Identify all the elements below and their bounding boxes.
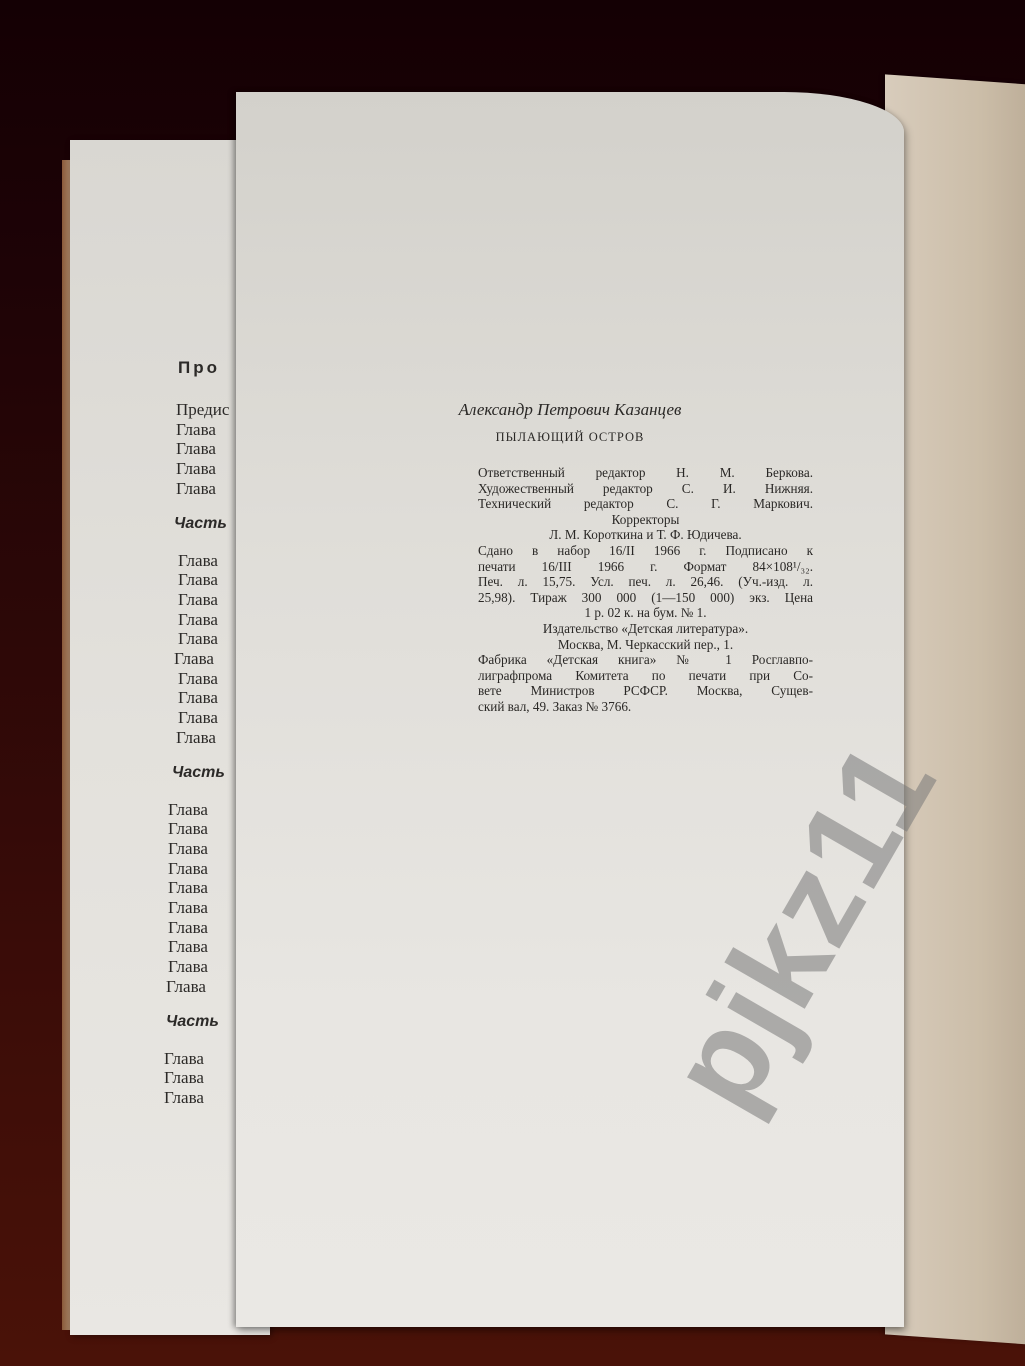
toc-entry: Глава [168, 819, 208, 839]
imprint-line: Издательство «Детская литература». [478, 621, 813, 637]
toc-entry: Глава [178, 570, 218, 590]
toc-entry: Глава [176, 728, 216, 748]
toc-entry: Глава [168, 898, 208, 918]
toc-entry: Глава [166, 977, 206, 997]
toc-entry: Глава [168, 800, 208, 820]
imprint-line: Фабрика «Детская книга» № 1 Росглавпо- [478, 652, 813, 668]
imprint-line: Печ. л. 15,75. Усл. печ. л. 26,46. (Уч.-… [478, 574, 813, 590]
toc-entry: Глава [176, 479, 216, 499]
right-page-imprint: Александр Петрович Казанцев ПЫЛАЮЩИЙ ОСТ… [236, 92, 904, 1327]
toc-entry: Глава [176, 420, 216, 440]
book-cover-back [885, 74, 1025, 1345]
imprint-line: Л. М. Короткина и Т. Ф. Юдичева. [478, 527, 813, 543]
toc-entry: Глава [168, 957, 208, 977]
toc-entry: Глава [164, 1088, 204, 1108]
imprint-line: Ответственный редактор Н. М. Беркова. [478, 465, 813, 481]
toc-entry: Глава [178, 551, 218, 571]
toc-entry: Глава [178, 590, 218, 610]
imprint-line: 1 р. 02 к. на бум. № 1. [478, 605, 813, 621]
toc-entry: Глава [164, 1068, 204, 1088]
imprint-line: вете Министров РСФСР. Москва, Сущев- [478, 683, 813, 699]
imprint-line: 25,98). Тираж 300 000 (1—150 000) экз. Ц… [478, 590, 813, 606]
author-name: Александр Петрович Казанцев [236, 402, 904, 418]
imprint-details: Ответственный редактор Н. М. Беркова.Худ… [478, 465, 813, 715]
toc-entry: Глава [178, 629, 218, 649]
toc-entry: Глава [168, 937, 208, 957]
toc-entry: Глава [176, 439, 216, 459]
imprint-line: Технический редактор С. Г. Маркович. [478, 496, 813, 512]
toc-heading: Про [178, 358, 220, 378]
toc-entry: Глава [178, 688, 218, 708]
imprint-line: лиграфпрома Комитета по печати при Со- [478, 668, 813, 684]
toc-entry: Глава [178, 610, 218, 630]
imprint-line: Сдано в набор 16/II 1966 г. Подписано к [478, 543, 813, 559]
toc-entry: Глава [168, 859, 208, 879]
imprint-line: Москва, М. Черкасский пер., 1. [478, 637, 813, 653]
toc-entry: Глава [174, 649, 214, 669]
toc-entry: Предис [176, 400, 229, 420]
toc-part-label: Часть [174, 515, 227, 533]
toc-entry: Глава [168, 878, 208, 898]
toc-part-label: Часть [172, 764, 225, 782]
imprint-line: Корректоры [478, 512, 813, 528]
imprint-line: ский вал, 49. Заказ № 3766. [478, 699, 813, 715]
imprint-line: Художественный редактор С. И. Нижняя. [478, 481, 813, 497]
toc-entry: Глава [178, 708, 218, 728]
toc-entry: Глава [176, 459, 216, 479]
toc-part-label: Часть [166, 1013, 219, 1031]
toc-entry: Глава [168, 839, 208, 859]
toc-entry: Глава [168, 918, 208, 938]
toc-entry: Глава [178, 669, 218, 689]
imprint-line: печати 16/III 1966 г. Формат 84×108¹/₃₂. [478, 559, 813, 575]
book-title: ПЫЛАЮЩИЙ ОСТРОВ [236, 430, 904, 446]
toc-entry: Глава [164, 1049, 204, 1069]
